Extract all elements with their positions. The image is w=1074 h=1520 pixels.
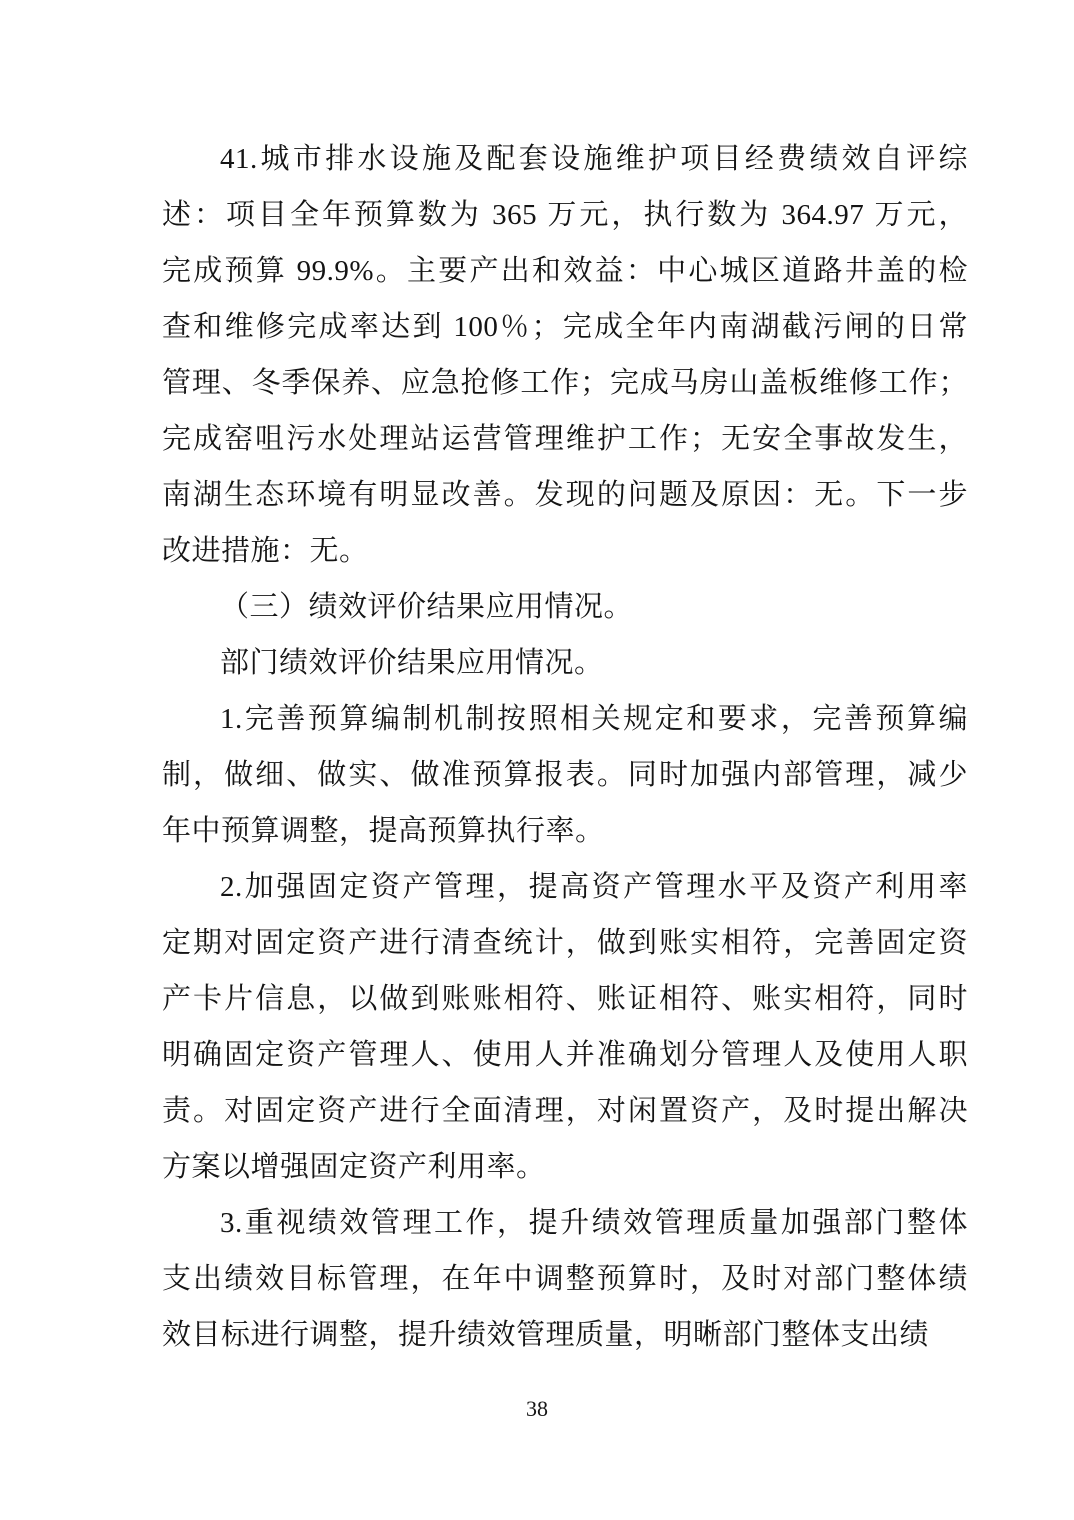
paragraph: 2.加强固定资产管理，提高资产管理水平及资产利用率定期对固定资产进行清查统计，做… [162, 859, 968, 1195]
paragraph: 部门绩效评价结果应用情况。 [162, 635, 968, 691]
text-line: 3.重视绩效管理工作，提升绩效管理质量加强部门整体 [162, 1195, 968, 1251]
page-number: 38 [0, 1392, 1074, 1426]
text-line: 41.城市排水设施及配套设施维护项目经费绩效自评综 [162, 131, 968, 187]
text-line: 1.完善预算编制机制按照相关规定和要求，完善预算编 [162, 691, 968, 747]
text-line: 完成预算 99.9%。主要产出和效益：中心城区道路井盖的检 [162, 243, 968, 299]
text-line: 明确固定资产管理人、使用人并准确划分管理人及使用人职 [162, 1027, 968, 1083]
text-line: 责。对固定资产进行全面清理，对闲置资产，及时提出解决 [162, 1083, 968, 1139]
text-line: 管理、冬季保养、应急抢修工作；完成马房山盖板维修工作； [162, 355, 968, 411]
text-line: （三）绩效评价结果应用情况。 [162, 579, 968, 635]
text-line: 完成窑咀污水处理站运营管理维护工作；无安全事故发生， [162, 411, 968, 467]
text-line: 查和维修完成率达到 100％；完成全年内南湖截污闸的日常 [162, 299, 968, 355]
text-line: 南湖生态环境有明显改善。发现的问题及原因：无。下一步 [162, 467, 968, 523]
text-line: 改进措施：无。 [162, 523, 968, 579]
document-page: 41.城市排水设施及配套设施维护项目经费绩效自评综述：项目全年预算数为 365 … [0, 0, 1074, 1520]
paragraph: 1.完善预算编制机制按照相关规定和要求，完善预算编制，做细、做实、做准预算报表。… [162, 691, 968, 859]
text-line: 定期对固定资产进行清查统计，做到账实相符，完善固定资 [162, 915, 968, 971]
paragraph: （三）绩效评价结果应用情况。 [162, 579, 968, 635]
paragraph: 41.城市排水设施及配套设施维护项目经费绩效自评综述：项目全年预算数为 365 … [162, 131, 968, 579]
text-line: 述：项目全年预算数为 365 万元，执行数为 364.97 万元， [162, 187, 968, 243]
paragraph: 3.重视绩效管理工作，提升绩效管理质量加强部门整体支出绩效目标管理，在年中调整预… [162, 1195, 968, 1363]
text-line: 年中预算调整，提高预算执行率。 [162, 803, 968, 859]
document-body: 41.城市排水设施及配套设施维护项目经费绩效自评综述：项目全年预算数为 365 … [162, 131, 968, 1363]
text-line: 部门绩效评价结果应用情况。 [162, 635, 968, 691]
text-line: 方案以增强固定资产利用率。 [162, 1139, 968, 1195]
text-line: 2.加强固定资产管理，提高资产管理水平及资产利用率 [162, 859, 968, 915]
text-line: 制，做细、做实、做准预算报表。同时加强内部管理，减少 [162, 747, 968, 803]
text-line: 效目标进行调整，提升绩效管理质量，明晰部门整体支出绩 [162, 1307, 968, 1363]
text-line: 产卡片信息，以做到账账相符、账证相符、账实相符，同时 [162, 971, 968, 1027]
text-line: 支出绩效目标管理，在年中调整预算时，及时对部门整体绩 [162, 1251, 968, 1307]
